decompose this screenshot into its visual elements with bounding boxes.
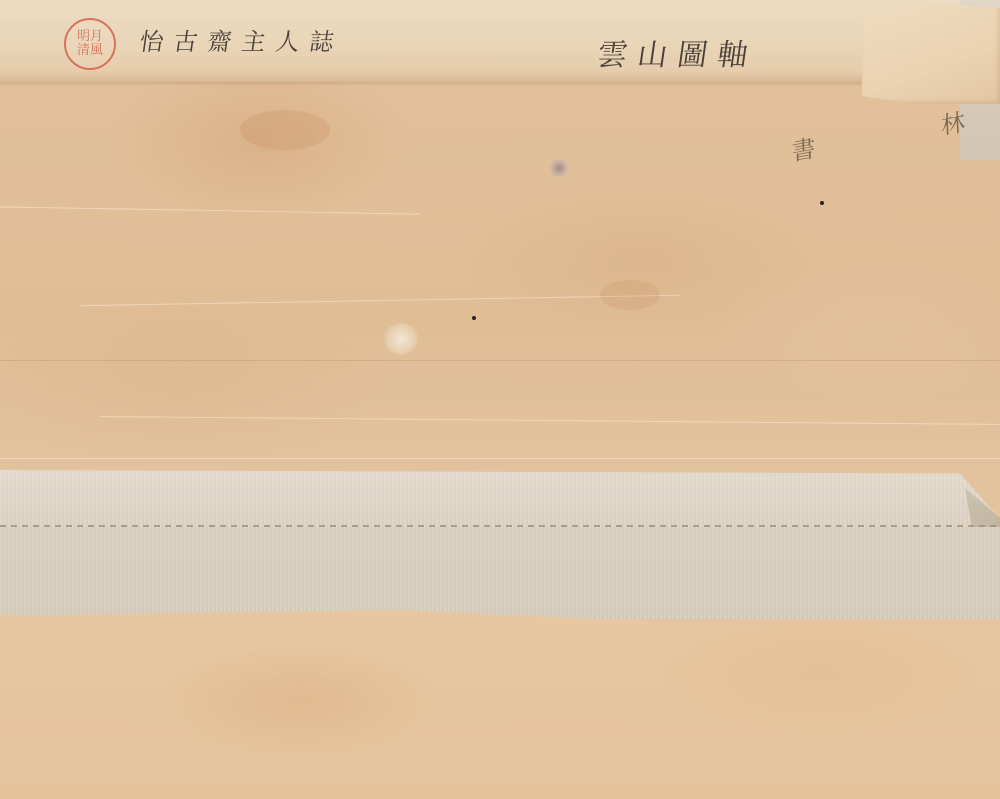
ink-dot (472, 316, 476, 320)
silk-band-upper (0, 470, 1000, 528)
inscription-left: 怡古齋主人誌 (138, 22, 347, 57)
lower-paper (0, 610, 1000, 799)
paper-crease (0, 360, 1000, 361)
ink-dot (820, 201, 824, 205)
silk-seam (0, 525, 1000, 527)
ink-blot (549, 156, 569, 180)
inscription-right: 雲山圖軸 (595, 30, 761, 74)
stain (240, 110, 330, 150)
paper-crease (0, 458, 1000, 459)
seal-text: 明月清風 (75, 30, 105, 58)
torn-paper-patch (862, 4, 1000, 104)
scroll-back-photo: 明月清風 怡古齋主人誌 雲山圖軸 書 林 (0, 0, 1000, 799)
faded-spot (383, 323, 419, 355)
red-seal: 明月清風 (64, 18, 116, 70)
silk-band-lower (0, 527, 1000, 619)
stain (600, 280, 660, 310)
